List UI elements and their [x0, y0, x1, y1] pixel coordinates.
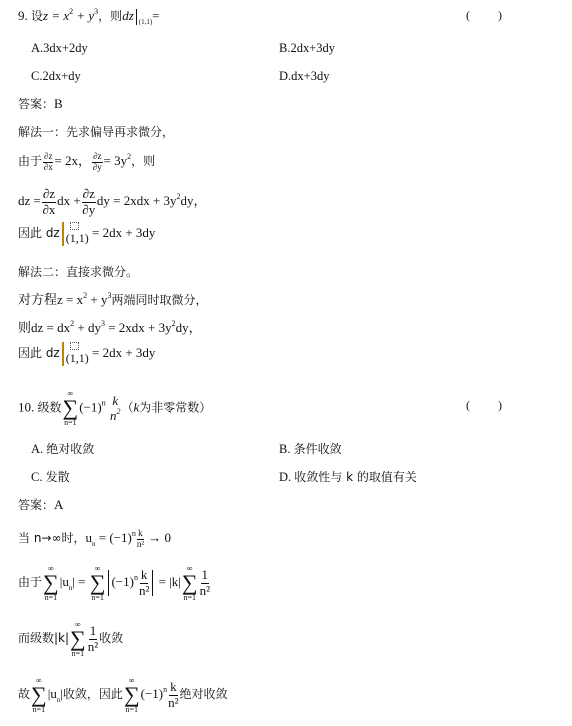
q10-option-c: C. 发散: [31, 468, 70, 485]
q9-stem: 9. 设z = x2 + y3，则dz(1,1)=: [18, 8, 160, 25]
q10-sol-line1: 当 n→∞时，un = (−1)nkn² → 0: [18, 526, 171, 550]
q9-answer: 答案：B: [18, 96, 63, 112]
placeholder-box-icon: [70, 222, 79, 230]
placeholder-box-icon: [70, 342, 79, 350]
q9-option-d: D.dx+3dy: [279, 69, 329, 84]
eval-bar: [136, 9, 137, 25]
q9-number: 9.: [18, 8, 28, 23]
q9-answer-blank: (): [466, 8, 502, 23]
q10-sol-line2: 由于∞∑n=1|un| = ∞∑n=1(−1)nkn² = |k|∞∑n=11n…: [18, 560, 211, 604]
q10-stem: 10. 级数∞∑n=1(−1)n kn2（k为非零常数）: [18, 390, 211, 427]
q10-option-b: B. 条件收敛: [279, 440, 342, 457]
q9-method1-line1: 由于∂z∂x= 2x，∂z∂y= 3y2，则: [18, 150, 155, 172]
q10-sol-line3: 而级数|k|∞∑n=11n²收敛: [18, 616, 123, 660]
q9-lead: 设: [31, 9, 43, 23]
q9-option-c: C.2dx+dy: [31, 69, 81, 84]
q10-answer: 答案：A: [18, 497, 63, 513]
q9-method2-line2: 则dz = dx2 + dy3 = 2xdx + 3y2dy，: [18, 320, 202, 336]
q9-option-b: B.2dx+3dy: [279, 41, 335, 56]
q9-method1-line3: 因此 dz(1,1) = 2dx + 3dy: [18, 222, 155, 246]
q10-option-a: A. 绝对收敛: [31, 440, 94, 457]
q10-option-d: D. 收敛性与 k 的取值有关: [279, 468, 417, 485]
q9-method1-line2: dz =∂z∂xdx +∂z∂ydy = 2xdx + 3y2dy，: [18, 184, 207, 218]
q9-method2-line1: 对方程z = x2 + y3两端同时取微分，: [18, 292, 207, 308]
q9-method2-title: 解法二：直接求微分。: [18, 264, 138, 280]
q9-option-a: A.3dx+2dy: [31, 41, 88, 56]
q9-method2-line3: 因此 dz(1,1) = 2dx + 3dy: [18, 342, 155, 366]
q9-method1-title: 解法一：先求偏导再求微分，: [18, 124, 174, 140]
q10-sol-line4: 故∞∑n=1|un|收敛，因此∞∑n=1(−1)nkn²绝对收敛: [18, 672, 228, 716]
q10-answer-blank: (): [466, 398, 502, 413]
